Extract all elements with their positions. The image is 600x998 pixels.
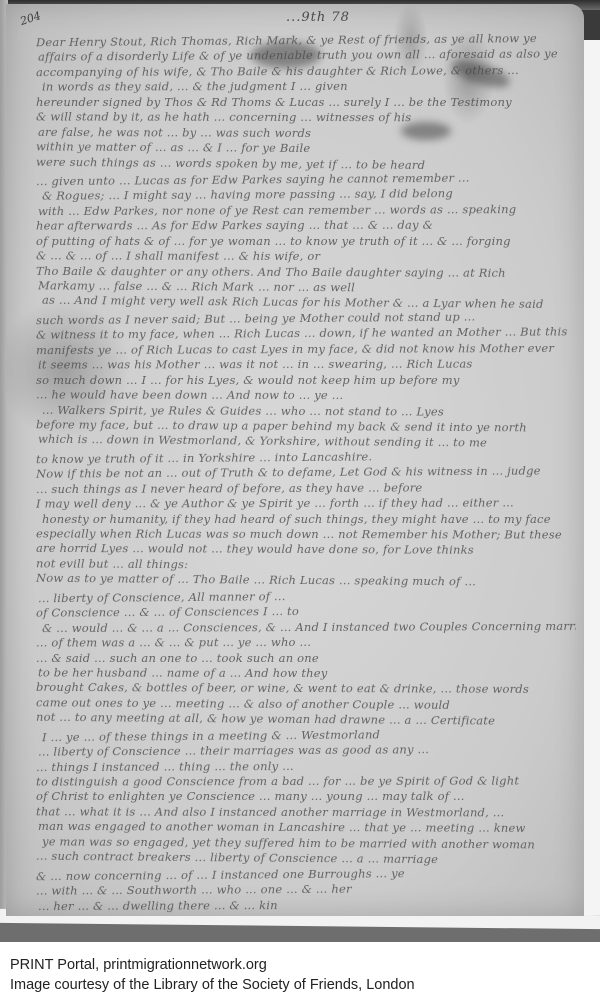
manuscript-line: honesty or humanity, if they had heard o… [42, 511, 576, 527]
manuscript-line: ... he would have been down ... And now … [36, 387, 576, 404]
scan-backing-right [584, 40, 600, 942]
manuscript-page: 204 ...9th 78 Dear Henry Stout, Rich Tho… [6, 4, 584, 916]
manuscript-line: it seems ... was his Mother ... was it n… [38, 356, 576, 373]
caption-credit: Image courtesy of the Library of the Soc… [10, 975, 415, 995]
header-date: ...9th 78 [286, 10, 350, 25]
manuscript-line: in words as they said, ... & the judgmen… [42, 78, 576, 95]
manuscript-line: so much down ... I ... for his Lyes, & w… [36, 372, 576, 388]
manuscript-line: hereunder signed by Thos & Rd Thoms & Lu… [36, 94, 576, 110]
caption-source: PRINT Portal, printmigrationnetwork.org [10, 955, 415, 975]
manuscript-line: to distinguish a good Conscience from a … [36, 772, 576, 789]
manuscript-line: ... of them was a ... & ... & put ... ye… [36, 634, 576, 651]
manuscript-scan: 204 ...9th 78 Dear Henry Stout, Rich Tho… [0, 0, 600, 942]
manuscript-line: & ... & ... of ... I shall manifest ... … [36, 248, 576, 265]
page-number: 204 [19, 9, 43, 28]
image-caption: PRINT Portal, printmigrationnetwork.org … [10, 955, 415, 995]
manuscript-line: & will stand by it, as he hath ... conce… [36, 109, 576, 126]
manuscript-line: ... her ... & ... dwelling there ... & .… [38, 895, 576, 913]
manuscript-line: hear afterwards ... As for Edw Parkes sa… [36, 217, 576, 234]
handwritten-text: Dear Henry Stout, Rich Thomas, Rich Mark… [36, 32, 581, 912]
manuscript-line: of Christ to enlighten ye Conscience ...… [36, 788, 576, 804]
manuscript-line: of putting of hats & of ... for ye woman… [36, 233, 576, 249]
manuscript-line: I may well deny ... & ye Author & ye Spi… [36, 495, 576, 512]
manuscript-line: ... & said ... such an one to ... took s… [36, 650, 576, 666]
